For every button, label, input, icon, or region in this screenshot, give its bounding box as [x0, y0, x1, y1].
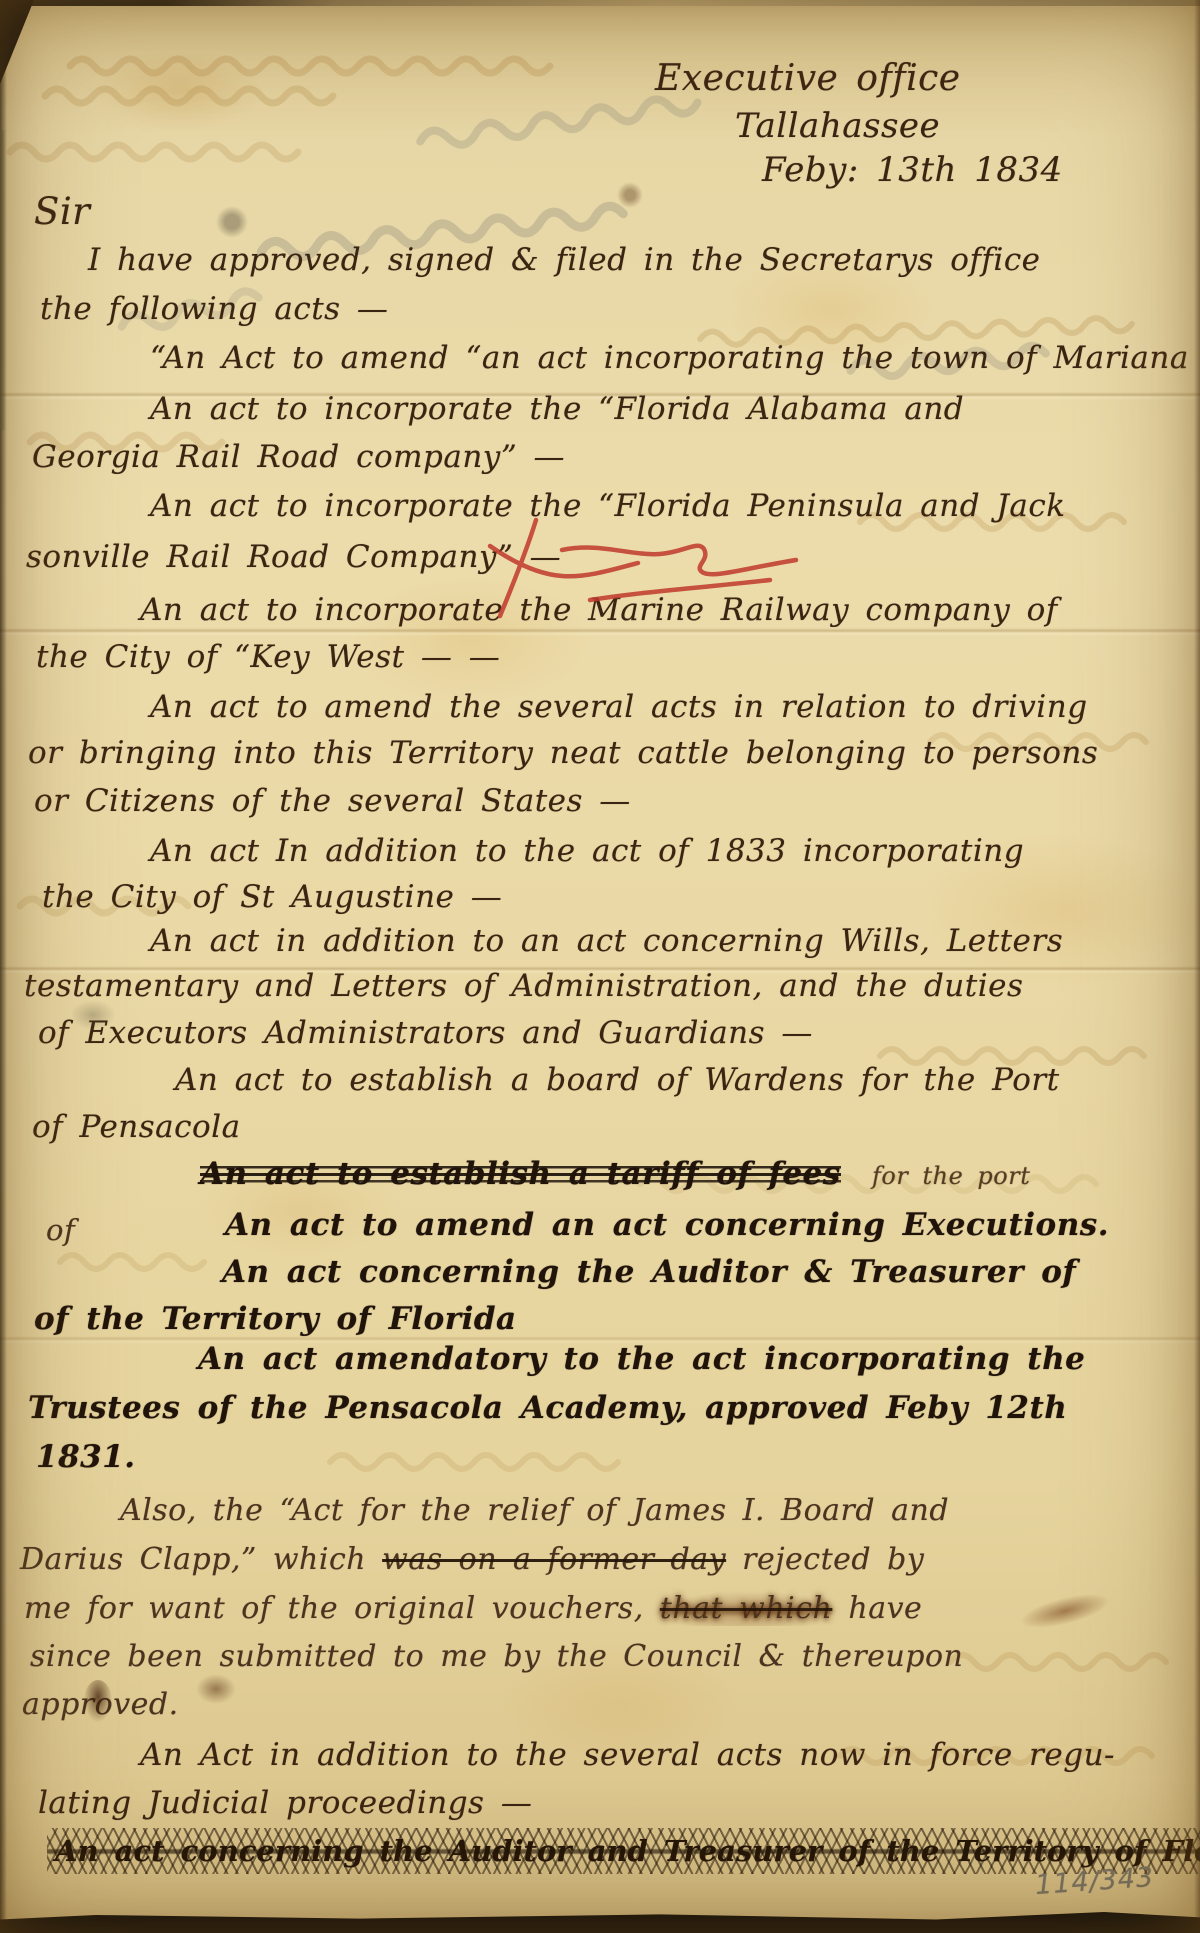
body-line: of Pensacola — [32, 1109, 241, 1145]
plain-text: me for want of the original vouchers, — [24, 1591, 660, 1626]
document-scan: Executive office Tallahassee Feby: 13th … — [0, 0, 1200, 1933]
scan-edge-left-tint — [0, 130, 6, 430]
body-line: “An Act to amend “an act incorporating t… — [150, 340, 1189, 376]
body-line: An act to establish a board of Wardens f… — [175, 1062, 1060, 1098]
body-line: An act concerning the Auditor & Treasure… — [222, 1254, 1076, 1290]
header-office: Executive office — [655, 58, 961, 99]
body-line-struck-tariff: An act to establish a tariff of fees for… — [200, 1156, 1030, 1192]
ink-blot — [196, 1674, 236, 1704]
scan-edge-bottom — [0, 1903, 1200, 1933]
body-line: An act In addition to the act of 1833 in… — [150, 833, 1024, 869]
faint-continuation-text: for the port — [872, 1162, 1030, 1190]
body-line: An act to incorporate the “Florida Alaba… — [150, 391, 964, 427]
paper-page: Executive office Tallahassee Feby: 13th … — [0, 0, 1200, 1933]
ink-smudge — [1018, 1587, 1112, 1634]
margin-word: of — [46, 1213, 75, 1247]
body-line: Also, the “Act for the relief of James I… — [120, 1493, 949, 1528]
body-line: the City of St Augustine — — [42, 879, 502, 915]
body-line: Trustees of the Pensacola Academy, appro… — [28, 1390, 1067, 1426]
body-line: testamentary and Letters of Administrati… — [24, 968, 1023, 1004]
body-line: since been submitted to me by the Counci… — [30, 1639, 963, 1674]
plain-text: Darius Clapp,” which — [20, 1542, 382, 1577]
body-line: the following acts — — [40, 291, 388, 327]
body-line: the City of “Key West — — — [36, 639, 500, 675]
scan-edge-right — [1194, 0, 1200, 1933]
struck-out-text: was on a former day — [382, 1542, 726, 1577]
body-line: An act to amend an act concerning Execut… — [225, 1207, 1109, 1243]
body-line: An act amendatory to the act incorporati… — [198, 1341, 1085, 1377]
body-line-hatched-out: An act concerning the Auditor and Treasu… — [55, 1834, 1200, 1868]
body-line: or Citizens of the several States — — [34, 783, 631, 819]
body-line: Georgia Rail Road company” — — [32, 439, 565, 475]
body-line: approved. — [22, 1687, 179, 1722]
plain-text: rejected by — [726, 1542, 924, 1577]
body-line: or bringing into this Territory neat cat… — [28, 735, 1098, 771]
body-line-with-strikeout: Darius Clapp,” which was on a former day… — [20, 1542, 924, 1577]
salutation: Sir — [34, 190, 90, 233]
body-line: An act to incorporate the Marine Railway… — [140, 592, 1058, 628]
body-line-with-smudge: me for want of the original vouchers, th… — [24, 1591, 922, 1626]
struck-out-text: An act to establish a tariff of fees — [200, 1156, 841, 1192]
body-line: 1831. — [36, 1439, 136, 1475]
body-line: of the Territory of Florida — [34, 1301, 517, 1337]
body-line: An act to incorporate the “Florida Penin… — [150, 488, 1065, 524]
body-line: An Act in addition to the several acts n… — [140, 1737, 1115, 1773]
body-line: An act to amend the several acts in rela… — [150, 689, 1088, 725]
plain-text: have — [832, 1591, 922, 1626]
body-line: lating Judicial proceedings — — [38, 1785, 532, 1821]
body-line: I have approved, signed & filed in the S… — [88, 242, 1041, 278]
scan-edge-top — [0, 0, 1200, 6]
header-date: Feby: 13th 1834 — [762, 150, 1063, 190]
header-place: Tallahassee — [735, 106, 940, 146]
fold-crease — [0, 628, 1200, 636]
body-line: sonville Rail Road Company” — — [26, 539, 561, 575]
body-line: An act in addition to an act concerning … — [150, 923, 1063, 959]
body-line: of Executors Administrators and Guardian… — [38, 1015, 813, 1051]
smudged-struck-text: that which — [660, 1591, 833, 1626]
